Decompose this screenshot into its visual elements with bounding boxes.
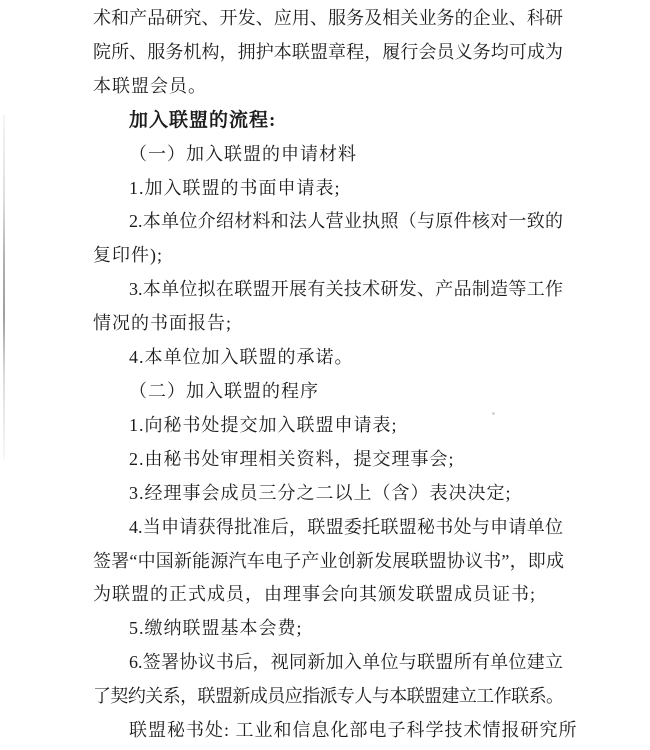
text-line: 联盟秘书处: 工业和信息化部电子科学技术情报研究所 [93,714,563,748]
text-line: 院所、服务机构，拥护本联盟章程，履行会员义务均可成为 [93,36,563,70]
text-line: 3.经理事会成员三分之二以上（含）表决决定; [93,477,563,511]
text-line: 1.向秘书处提交加入联盟申请表; [93,409,563,443]
text-line: 为联盟的正式成员，由理事会向其颁发联盟成员证书; [93,578,563,612]
text-line: （二）加入联盟的程序 [93,375,563,409]
scanner-edge-artifact [3,115,5,460]
text-line: （一）加入联盟的申请材料 [93,138,563,172]
text-line: 了契约关系，联盟新成员应指派专人与本联盟建立工作联系。 [93,680,563,714]
text-line: 1.加入联盟的书面申请表; [93,172,563,206]
text-line: 2.由秘书处审理相关资料，提交理事会; [93,443,563,477]
text-line: 术和产品研究、开发、应用、服务及相关业务的企业、科研 [93,2,563,36]
document-page: 术和产品研究、开发、应用、服务及相关业务的企业、科研院所、服务机构，拥护本联盟章… [0,0,650,750]
document-text: 术和产品研究、开发、应用、服务及相关业务的企业、科研院所、服务机构，拥护本联盟章… [93,2,563,748]
text-line: 情况的书面报告; [93,307,563,341]
text-line: 3.本单位拟在联盟开展有关技术研发、产品制造等工作 [93,273,563,307]
text-line: 复印件); [93,239,563,273]
text-line: 4.当申请获得批准后，联盟委托联盟秘书处与申请单位 [93,511,563,545]
section-heading: 加入联盟的流程: [93,104,563,138]
text-line: 5.缴纳联盟基本会费; [93,612,563,646]
text-line: 2.本单位介绍材料和法人营业执照（与原件核对一致的 [93,205,563,239]
text-line: 签署“中国新能源汽车电子产业创新发展联盟协议书”，即成 [93,545,563,579]
text-line: 6.签署协议书后，视同新加入单位与联盟所有单位建立 [93,646,563,680]
text-line: 本联盟会员。 [93,70,563,104]
text-line: 4.本单位加入联盟的承诺。 [93,341,563,375]
